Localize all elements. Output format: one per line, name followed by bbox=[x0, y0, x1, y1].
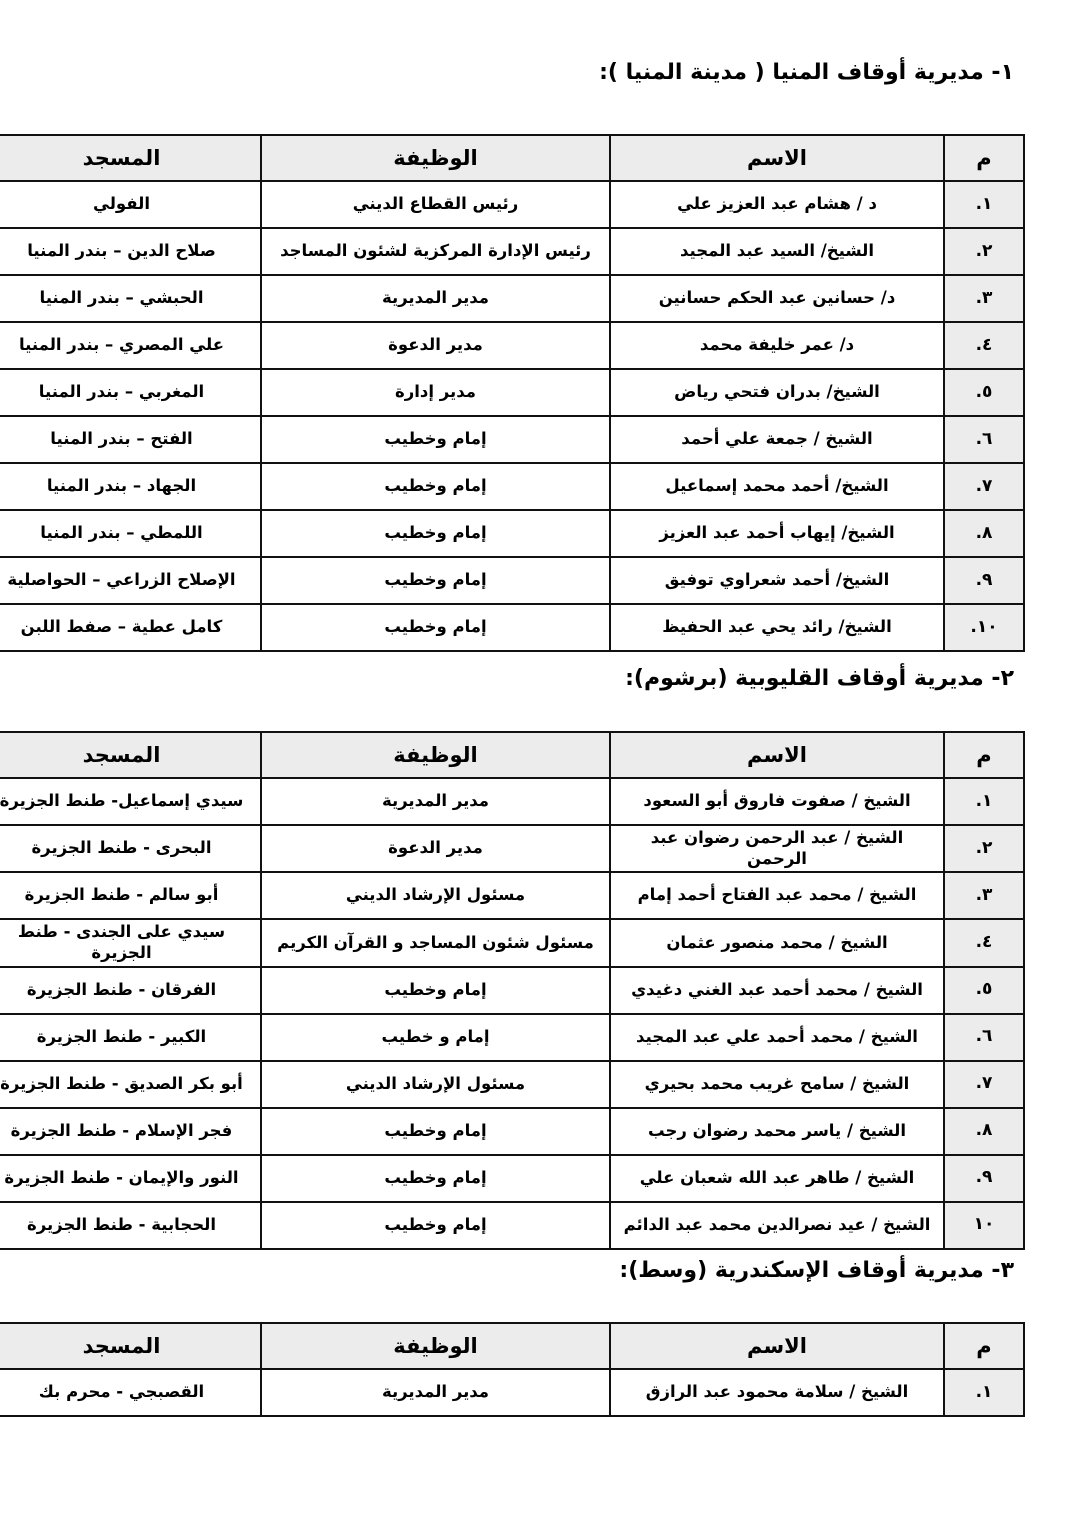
cell-name: الشيخ / عبد الرحمن رضوان عبد الرحمن bbox=[610, 825, 944, 872]
table-row: ٩.الشيخ / طاهر عبد الله شعبان عليإمام وخ… bbox=[0, 1155, 1024, 1202]
table-header: م الاسم الوظيفة المسجد bbox=[0, 1323, 1024, 1369]
table-row: ١٠الشيخ / عيد نصرالدين محمد عبد الدائمإم… bbox=[0, 1202, 1024, 1249]
cell-name: د / هشام عبد العزيز علي bbox=[610, 181, 944, 228]
cell-job: إمام وخطيب bbox=[261, 1155, 610, 1202]
table-row: ٢.الشيخ / عبد الرحمن رضوان عبد الرحمنمدي… bbox=[0, 825, 1024, 872]
table-row: ٥.الشيخ/ بدران فتحي رياضمدير إدارةالمغرب… bbox=[0, 369, 1024, 416]
cell-job: إمام وخطيب bbox=[261, 1202, 610, 1249]
cell-mosque: كامل عطية – صفط اللبن bbox=[0, 604, 261, 651]
cell-job: مدير المديرية bbox=[261, 778, 610, 825]
cell-name: الشيخ / محمد أحمد عبد الغني دغيدي bbox=[610, 967, 944, 1014]
col-header-mosque: المسجد bbox=[0, 135, 261, 181]
document-page: ١- مديرية أوقاف المنيا ( مدينة المنيا ):… bbox=[0, 0, 1080, 1528]
cell-num: ٧. bbox=[944, 1061, 1024, 1108]
col-header-num: م bbox=[944, 732, 1024, 778]
table-row: ٦.الشيخ / محمد أحمد علي عبد المجيدإمام و… bbox=[0, 1014, 1024, 1061]
cell-name: الشيخ / سلامة محمود عبد الرازق bbox=[610, 1369, 944, 1416]
col-header-num: م bbox=[944, 135, 1024, 181]
cell-num: ٤. bbox=[944, 919, 1024, 966]
roster-table-3: م الاسم الوظيفة المسجد ١.الشيخ / سلامة م… bbox=[0, 1322, 1025, 1417]
table-row: ٥.الشيخ / محمد أحمد عبد الغني دغيديإمام … bbox=[0, 967, 1024, 1014]
cell-num: ١٠. bbox=[944, 604, 1024, 651]
col-header-job: الوظيفة bbox=[261, 732, 610, 778]
cell-job: مدير إدارة bbox=[261, 369, 610, 416]
section-heading-1: ١- مديرية أوقاف المنيا ( مدينة المنيا ): bbox=[0, 60, 1080, 85]
table-row: ٨.الشيخ / ياسر محمد رضوان رجبإمام وخطيبف… bbox=[0, 1108, 1024, 1155]
cell-name: الشيخ/ إيهاب أحمد عبد العزيز bbox=[610, 510, 944, 557]
table-row: ١.الشيخ / سلامة محمود عبد الرازقمدير الم… bbox=[0, 1369, 1024, 1416]
cell-mosque: أبو بكر الصديق - طنط الجزيرة bbox=[0, 1061, 261, 1108]
cell-name: الشيخ / جمعة علي أحمد bbox=[610, 416, 944, 463]
cell-num: ٧. bbox=[944, 463, 1024, 510]
cell-mosque: المغربي – بندر المنيا bbox=[0, 369, 261, 416]
cell-name: الشيخ/ أحمد محمد إسماعيل bbox=[610, 463, 944, 510]
cell-num: ٢. bbox=[944, 825, 1024, 872]
cell-mosque: الجهاد – بندر المنيا bbox=[0, 463, 261, 510]
cell-num: ١. bbox=[944, 778, 1024, 825]
cell-job: رئيس الإدارة المركزية لشئون المساجد bbox=[261, 228, 610, 275]
cell-num: ١. bbox=[944, 1369, 1024, 1416]
table-header: م الاسم الوظيفة المسجد bbox=[0, 732, 1024, 778]
cell-name: الشيخ / محمد عبد الفتاح أحمد إمام bbox=[610, 872, 944, 919]
table-row: ٣.الشيخ / محمد عبد الفتاح أحمد إماممسئول… bbox=[0, 872, 1024, 919]
cell-job: إمام وخطيب bbox=[261, 510, 610, 557]
cell-job: إمام وخطيب bbox=[261, 557, 610, 604]
col-header-job: الوظيفة bbox=[261, 135, 610, 181]
cell-name: الشيخ/ رائد يحي عبد الحفيظ bbox=[610, 604, 944, 651]
header-row: م الاسم الوظيفة المسجد bbox=[0, 732, 1024, 778]
cell-num: ٢. bbox=[944, 228, 1024, 275]
cell-job: مسئول الإرشاد الديني bbox=[261, 1061, 610, 1108]
table-row: ٧.الشيخ / سامح غريب محمد بحيريمسئول الإر… bbox=[0, 1061, 1024, 1108]
cell-mosque: علي المصري – بندر المنيا bbox=[0, 322, 261, 369]
cell-num: ١٠ bbox=[944, 1202, 1024, 1249]
cell-job: إمام و خطيب bbox=[261, 1014, 610, 1061]
cell-job: مدير المديرية bbox=[261, 1369, 610, 1416]
cell-mosque: فجر الإسلام - طنط الجزيرة bbox=[0, 1108, 261, 1155]
cell-mosque: القصبجي - محرم بك bbox=[0, 1369, 261, 1416]
cell-name: الشيخ / صفوت فاروق أبو السعود bbox=[610, 778, 944, 825]
col-header-job: الوظيفة bbox=[261, 1323, 610, 1369]
table-row: ٧.الشيخ/ أحمد محمد إسماعيلإمام وخطيبالجه… bbox=[0, 463, 1024, 510]
cell-job: مدير الدعوة bbox=[261, 322, 610, 369]
cell-name: الشيخ / عيد نصرالدين محمد عبد الدائم bbox=[610, 1202, 944, 1249]
table-row: ١.الشيخ / صفوت فاروق أبو السعودمدير المد… bbox=[0, 778, 1024, 825]
cell-name: الشيخ / ياسر محمد رضوان رجب bbox=[610, 1108, 944, 1155]
cell-num: ٦. bbox=[944, 416, 1024, 463]
table-body: ١.الشيخ / سلامة محمود عبد الرازقمدير الم… bbox=[0, 1369, 1024, 1416]
section-heading-2: ٢- مديرية أوقاف القليوبية (برشوم): bbox=[0, 666, 1080, 691]
cell-mosque: الكبير - طنط الجزيرة bbox=[0, 1014, 261, 1061]
cell-mosque: أبو سالم - طنط الجزيرة bbox=[0, 872, 261, 919]
cell-name: الشيخ / طاهر عبد الله شعبان علي bbox=[610, 1155, 944, 1202]
roster-table-1: م الاسم الوظيفة المسجد ١.د / هشام عبد ال… bbox=[0, 134, 1025, 652]
cell-mosque: الإصلاح الزراعي – الحواصلية bbox=[0, 557, 261, 604]
cell-name: د/ حسانين عبد الحكم حسانين bbox=[610, 275, 944, 322]
cell-mosque: البحرى - طنط الجزيرة bbox=[0, 825, 261, 872]
col-header-num: م bbox=[944, 1323, 1024, 1369]
cell-num: ١. bbox=[944, 181, 1024, 228]
table-row: ١.د / هشام عبد العزيز عليرئيس القطاع الد… bbox=[0, 181, 1024, 228]
cell-job: إمام وخطيب bbox=[261, 967, 610, 1014]
cell-mosque: سيدي على الجندى - طنط الجزيرة bbox=[0, 919, 261, 966]
col-header-name: الاسم bbox=[610, 1323, 944, 1369]
cell-num: ٣. bbox=[944, 275, 1024, 322]
cell-mosque: اللمطي – بندر المنيا bbox=[0, 510, 261, 557]
table-row: ٤.الشيخ / محمد منصور عثمانمسئول شئون الم… bbox=[0, 919, 1024, 966]
cell-mosque: الفتح – بندر المنيا bbox=[0, 416, 261, 463]
section-heading-3: ٣- مديرية أوقاف الإسكندرية (وسط): bbox=[0, 1258, 1080, 1283]
cell-job: إمام وخطيب bbox=[261, 1108, 610, 1155]
table-row: ٣.د/ حسانين عبد الحكم حسانينمدير المديري… bbox=[0, 275, 1024, 322]
cell-job: إمام وخطيب bbox=[261, 604, 610, 651]
cell-num: ٥. bbox=[944, 369, 1024, 416]
cell-name: الشيخ/ بدران فتحي رياض bbox=[610, 369, 944, 416]
table-row: ٢.الشيخ/ السيد عبد المجيدرئيس الإدارة ال… bbox=[0, 228, 1024, 275]
col-header-mosque: المسجد bbox=[0, 732, 261, 778]
table-header: م الاسم الوظيفة المسجد bbox=[0, 135, 1024, 181]
cell-num: ٣. bbox=[944, 872, 1024, 919]
cell-name: الشيخ / سامح غريب محمد بحيري bbox=[610, 1061, 944, 1108]
cell-mosque: سيدي إسماعيل- طنط الجزيرة bbox=[0, 778, 261, 825]
cell-job: مسئول شئون المساجد و القرآن الكريم bbox=[261, 919, 610, 966]
cell-job: مسئول الإرشاد الديني bbox=[261, 872, 610, 919]
roster-table-2: م الاسم الوظيفة المسجد ١.الشيخ / صفوت فا… bbox=[0, 731, 1025, 1250]
cell-mosque: صلاح الدين – بندر المنيا bbox=[0, 228, 261, 275]
cell-job: مدير الدعوة bbox=[261, 825, 610, 872]
cell-num: ٦. bbox=[944, 1014, 1024, 1061]
cell-num: ٩. bbox=[944, 1155, 1024, 1202]
table-row: ٩.الشيخ/ أحمد شعراوي توفيقإمام وخطيبالإص… bbox=[0, 557, 1024, 604]
cell-name: الشيخ / محمد أحمد علي عبد المجيد bbox=[610, 1014, 944, 1061]
cell-name: د/ عمر خليفة محمد bbox=[610, 322, 944, 369]
cell-job: إمام وخطيب bbox=[261, 463, 610, 510]
cell-mosque: الحبشي – بندر المنيا bbox=[0, 275, 261, 322]
table-row: ٦.الشيخ / جمعة علي أحمدإمام وخطيبالفتح –… bbox=[0, 416, 1024, 463]
cell-name: الشيخ/ السيد عبد المجيد bbox=[610, 228, 944, 275]
cell-job: مدير المديرية bbox=[261, 275, 610, 322]
header-row: م الاسم الوظيفة المسجد bbox=[0, 135, 1024, 181]
cell-mosque: الفولي bbox=[0, 181, 261, 228]
header-row: م الاسم الوظيفة المسجد bbox=[0, 1323, 1024, 1369]
cell-name: الشيخ/ أحمد شعراوي توفيق bbox=[610, 557, 944, 604]
cell-num: ٤. bbox=[944, 322, 1024, 369]
table-body: ١.د / هشام عبد العزيز عليرئيس القطاع الد… bbox=[0, 181, 1024, 651]
cell-mosque: النور والإيمان - طنط الجزيرة bbox=[0, 1155, 261, 1202]
cell-num: ٩. bbox=[944, 557, 1024, 604]
cell-num: ٥. bbox=[944, 967, 1024, 1014]
table-row: ٨.الشيخ/ إيهاب أحمد عبد العزيزإمام وخطيب… bbox=[0, 510, 1024, 557]
cell-job: رئيس القطاع الديني bbox=[261, 181, 610, 228]
cell-num: ٨. bbox=[944, 510, 1024, 557]
col-header-name: الاسم bbox=[610, 135, 944, 181]
table-body: ١.الشيخ / صفوت فاروق أبو السعودمدير المد… bbox=[0, 778, 1024, 1249]
cell-mosque: الحجابية - طنط الجزيرة bbox=[0, 1202, 261, 1249]
col-header-mosque: المسجد bbox=[0, 1323, 261, 1369]
table-row: ٤.د/ عمر خليفة محمدمدير الدعوةعلي المصري… bbox=[0, 322, 1024, 369]
cell-num: ٨. bbox=[944, 1108, 1024, 1155]
cell-job: إمام وخطيب bbox=[261, 416, 610, 463]
table-row: ١٠.الشيخ/ رائد يحي عبد الحفيظإمام وخطيبك… bbox=[0, 604, 1024, 651]
cell-name: الشيخ / محمد منصور عثمان bbox=[610, 919, 944, 966]
cell-mosque: الفرقان - طنط الجزيرة bbox=[0, 967, 261, 1014]
col-header-name: الاسم bbox=[610, 732, 944, 778]
